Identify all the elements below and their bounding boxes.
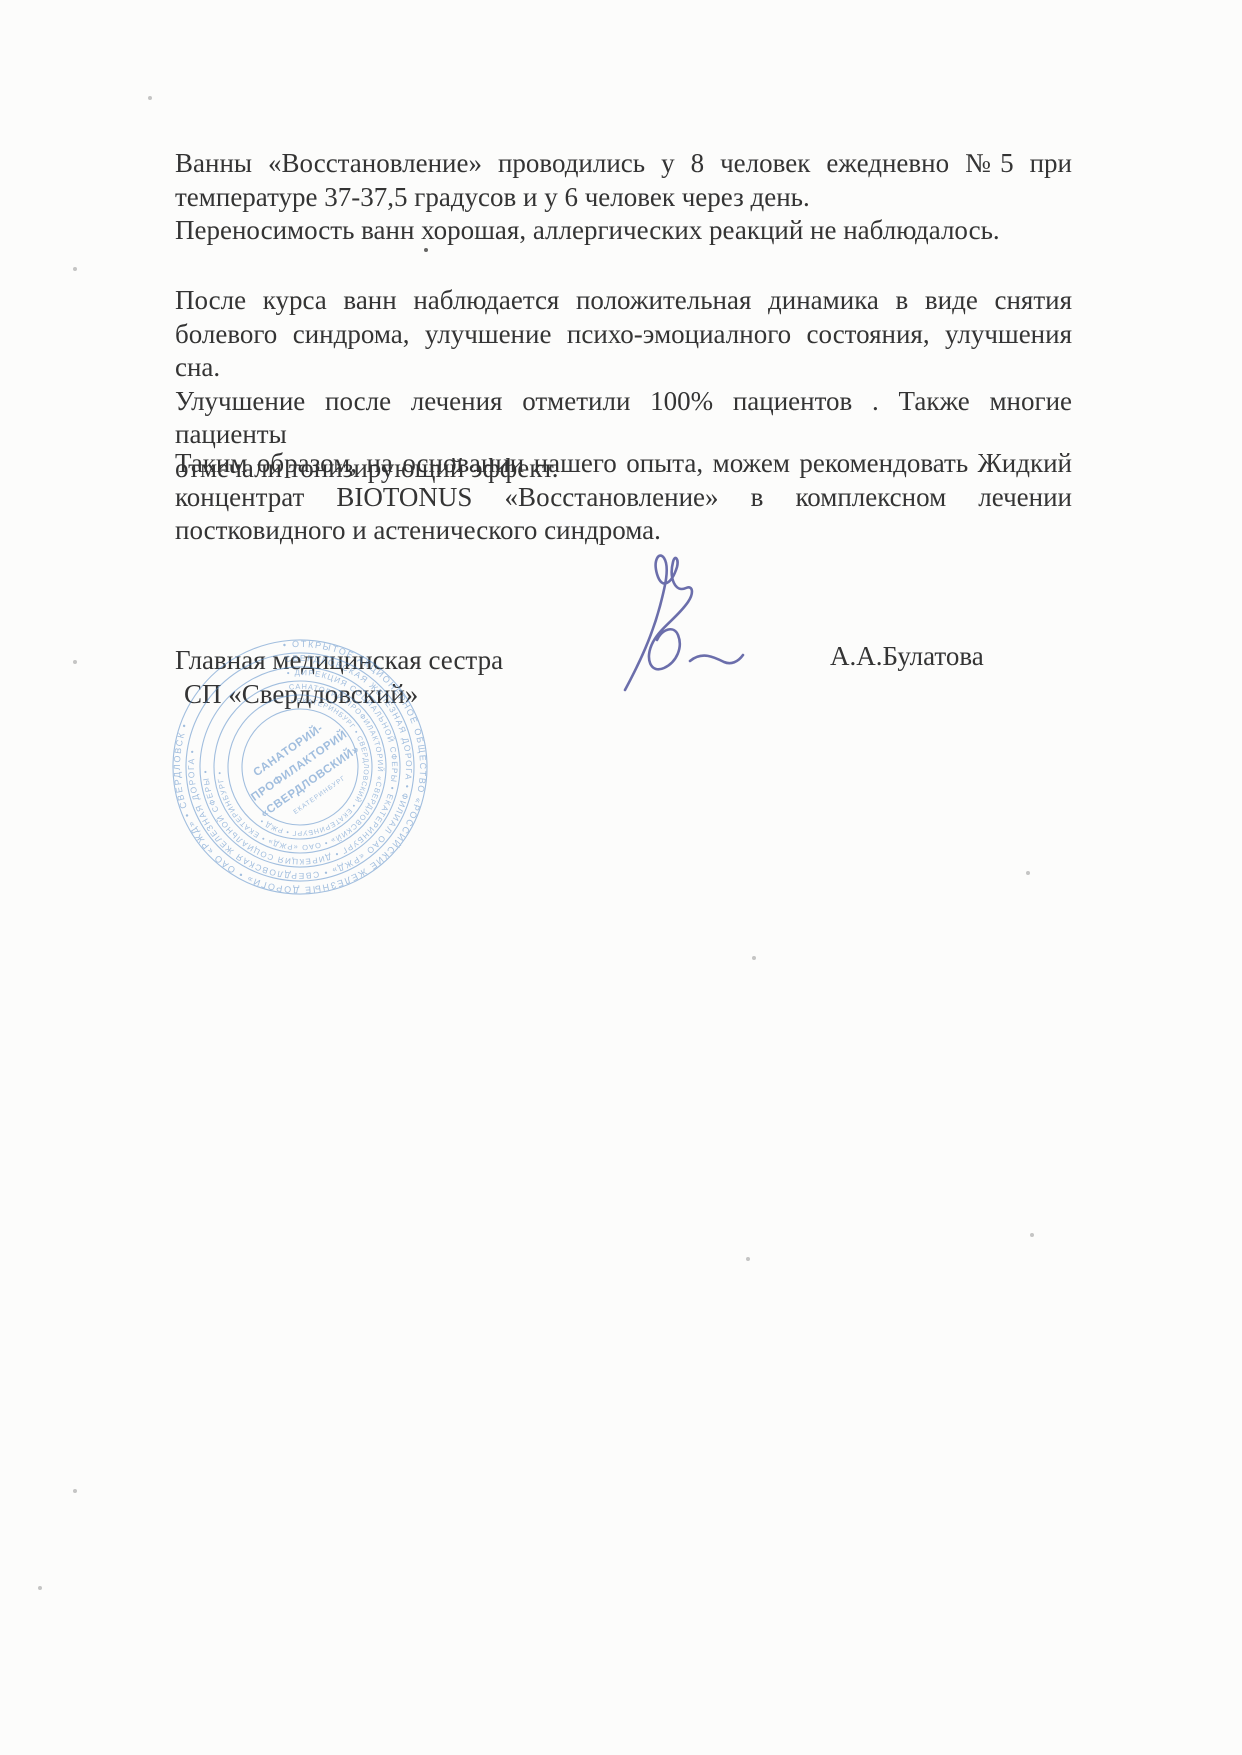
stamp-center-text: ПРОФИЛАКТОРИЙ [249, 728, 350, 804]
scan-speck [752, 956, 756, 960]
scan-speck [148, 96, 152, 100]
signatory-organization: СП «Свердловский» [175, 677, 503, 711]
text-line: Переносимость ванн хорошая, аллергически… [175, 214, 1072, 248]
text-line: После курса ванн наблюдается положительн… [175, 284, 1072, 318]
svg-text:• ЕКАТЕРИНБУРГ • СВЕРДЛОВСКИЙ: • ЕКАТЕРИНБУРГ • СВЕРДЛОВСКИЙ • ЕКАТЕРИН… [242, 689, 378, 842]
text-line: концентрат BIOTONUS «Восстановление» в к… [175, 481, 1072, 515]
scan-speck [73, 1489, 77, 1493]
text-line: болевого синдрома, улучшение психо-эмоци… [175, 318, 1072, 385]
paragraph-bath-procedure: Ванны «Восстановление» проводились у 8 ч… [175, 147, 1072, 248]
signatory-name: А.А.Булатова [830, 641, 984, 672]
stamp-ring-text: • ЕКАТЕРИНБУРГ • СВЕРДЛОВСКИЙ • ЕКАТЕРИН… [242, 689, 378, 842]
scanned-document-page: Ванны «Восстановление» проводились у 8 ч… [0, 0, 1242, 1755]
signatory-position: Главная медицинская сестра [175, 643, 503, 677]
scan-speck [424, 248, 428, 252]
stamp-center-text: «СВЕРДЛОВСКИЙ» [258, 742, 362, 820]
signatory-position-block: Главная медицинская сестра СП «Свердловс… [175, 643, 503, 711]
scan-speck [1030, 1233, 1034, 1237]
stamp-center-text: ЕКАТЕРИНБУРГ [292, 775, 347, 816]
handwritten-signature [595, 542, 745, 692]
text-line: Ванны «Восстановление» проводились у 8 ч… [175, 147, 1072, 181]
scan-speck [1026, 871, 1030, 875]
text-line: Таким образом, на основании нашего опыта… [175, 447, 1072, 481]
paragraph-recommendation: Таким образом, на основании нашего опыта… [175, 447, 1072, 548]
text-line: Улучшение после лечения отметили 100% па… [175, 385, 1072, 452]
scan-speck [73, 267, 77, 271]
stamp-center-text: САНАТОРИЙ- [251, 721, 326, 779]
scan-speck [746, 1257, 750, 1261]
scan-speck [73, 660, 77, 664]
text-line: температуре 37-37,5 градусов и у 6 челов… [175, 181, 1072, 215]
scan-speck [38, 1586, 42, 1590]
